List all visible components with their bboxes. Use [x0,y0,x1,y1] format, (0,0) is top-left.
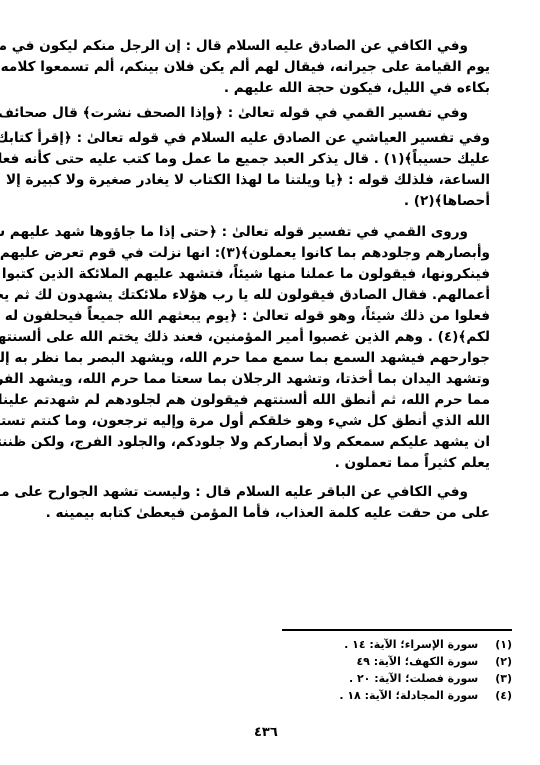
text-line: عليك حسيباً﴾(١) . قال يذكر العبد جميع ما… [32,149,512,170]
footnote-3: (٣) سورة فصلت؛ الآية: ٢٠ . [252,670,512,687]
text-line: وفي الكافي عن الباقر عليه السلام قال : و… [32,482,512,503]
footnote-text: سورة الإسراء؛ الآية: ١٤ . [344,638,478,651]
text-line: فينكرونها، فيقولون ما عملنا منها شيئاً، … [32,264,512,285]
text-line: وتشهد اليدان بما أخذتا، وتشهد الرجلان بم… [32,369,512,390]
text-line: ان يشهد عليكم سمعكم ولا أبصاركم ولا جلود… [32,432,512,453]
paragraph-4: وروى القمي في تفسير قوله تعالىٰ : ﴿حتى إ… [32,222,512,474]
text-line: يعلم كثيراً مما تعملون . [32,453,512,474]
footnote-divider [282,629,512,631]
text-line: أحصاها﴾(٢) . [32,191,512,212]
footnote-text: سورة الكهف؛ الآية: ٤٩ [356,655,478,668]
footnote-text: سورة فصلت؛ الآية: ٢٠ . [349,672,478,685]
footnote-number: (٤) [482,687,512,704]
footnote-4: (٤) سورة المجادلة؛ الآية: ١٨ . [252,687,512,704]
text-line: على من حقت عليه كلمة العذاب، فأما المؤمن… [32,503,512,524]
text-line: يوم القيامة على جيرانه، فيقال لهم ألم يك… [32,57,512,78]
footnote-1: (١) سورة الإسراء؛ الآية: ١٤ . [252,636,512,653]
text-line: وفي الكافي عن الصادق عليه السلام قال : إ… [32,36,512,57]
text-line: بكاءه في الليل، فيكون حجة الله عليهم . [32,78,512,99]
text-line: الساعة، فلذلك قوله : ﴿يا ويلتنا ما لهذا … [32,170,512,191]
page-number: ٤٣٦ [254,725,278,740]
book-page: وفي الكافي عن الصادق عليه السلام قال : إ… [0,0,540,765]
footnote-number: (٣) [482,670,512,687]
text-line: أعمالهم. فقال الصادق فيقولون لله يا رب ه… [32,285,512,306]
text-line: الله الذي أنطق كل شيء وهو خلقكم أول مرة … [32,411,512,432]
text-line: جوارحهم فيشهد السمع بما سمع مما حرم الله… [32,348,512,369]
footnote-text: سورة المجادلة؛ الآية: ١٨ . [339,689,478,702]
text-line: وروى القمي في تفسير قوله تعالىٰ : ﴿حتى إ… [32,222,512,243]
text-line: فعلوا من ذلك شيئاً، وهو قوله تعالىٰ : ﴿ي… [32,306,512,327]
text-line: وفي تفسير القمي في قوله تعالىٰ : ﴿وإذا ا… [32,103,512,124]
paragraph-1: وفي الكافي عن الصادق عليه السلام قال : إ… [32,36,512,99]
paragraph-3: وفي تفسير العياشي عن الصادق عليه السلام … [32,128,512,212]
main-text: وفي الكافي عن الصادق عليه السلام قال : إ… [32,36,512,528]
paragraph-2: وفي تفسير القمي في قوله تعالىٰ : ﴿وإذا ا… [32,103,512,124]
footnotes: (١) سورة الإسراء؛ الآية: ١٤ . (٢) سورة ا… [252,636,512,704]
text-line: مما حرم الله، ثم أنطق الله ألسنتهم فيقول… [32,390,512,411]
text-line: وأبصارهم وجلودهم بما كانوا يعملون﴾(٣): ا… [32,243,512,264]
footnote-2: (٢) سورة الكهف؛ الآية: ٤٩ [252,653,512,670]
paragraph-5: وفي الكافي عن الباقر عليه السلام قال : و… [32,482,512,524]
text-line: لكم﴾(٤) . وهم الذين غصبوا أمير المؤمنين،… [32,327,512,348]
text-line: وفي تفسير العياشي عن الصادق عليه السلام … [32,128,512,149]
footnote-number: (١) [482,636,512,653]
footnote-number: (٢) [482,653,512,670]
